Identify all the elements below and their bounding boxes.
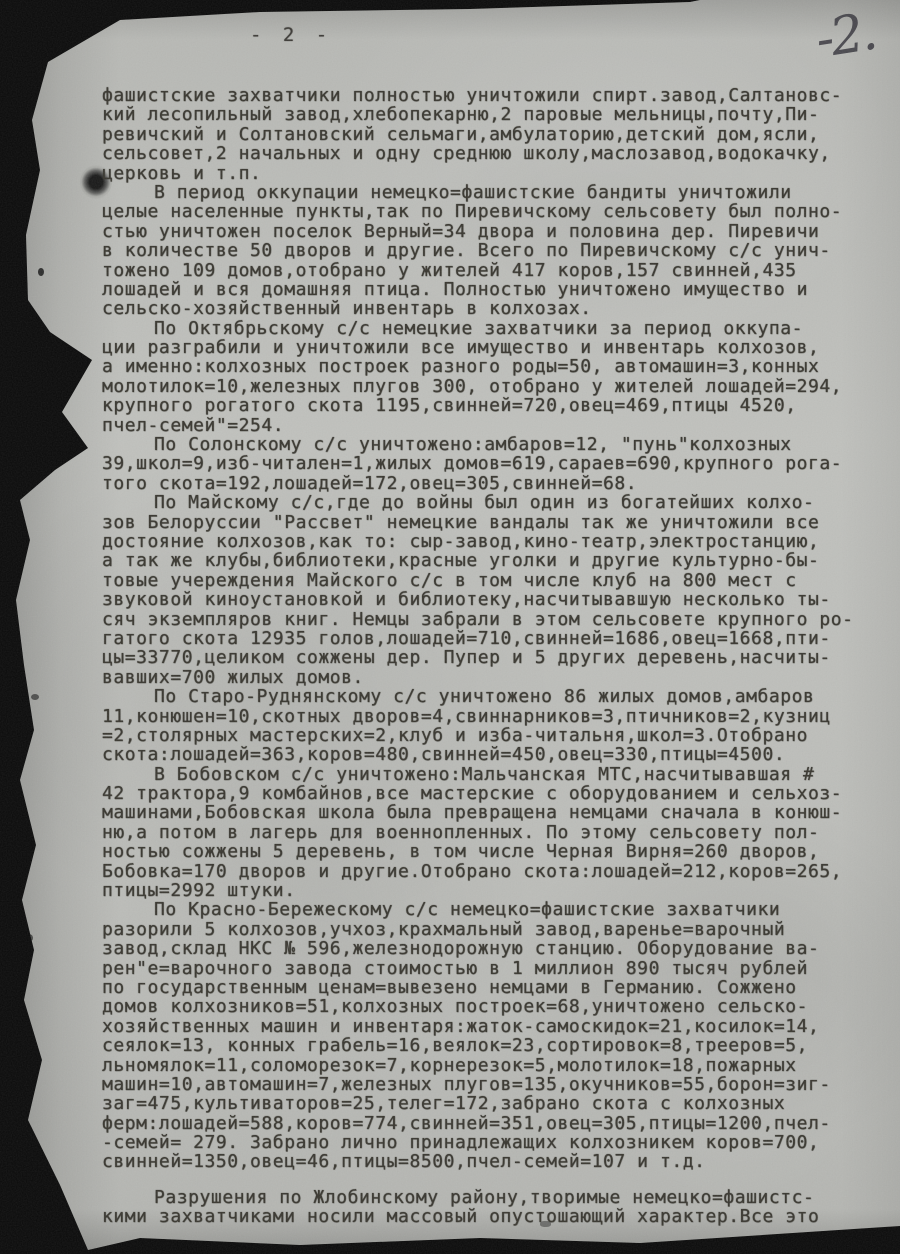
ink-speck [25, 934, 33, 942]
text-line: стью уничтожен поселок Верный=34 двора и… [102, 222, 870, 241]
scanned-document-photo: - 2 - -2. фашистские захватчики полность… [0, 0, 900, 1254]
text-line: Разрушения по Жлобинскому району,творимы… [102, 1188, 870, 1207]
text-line: 39,школ=9,изб-читален=1,жилых домов=619,… [102, 454, 870, 473]
text-line: ревичский и Солтановский сельмаги,амбула… [102, 125, 870, 144]
paragraph: По Майскому с/с,где до войны был один из… [102, 493, 870, 687]
text-line: по государственным ценам=вывезено немцам… [102, 978, 870, 997]
text-line: ностью сожжены 5 деревень, в том числе Ч… [102, 842, 870, 861]
text-line: -семей= 279. Забрано лично принадлежащих… [102, 1133, 870, 1152]
text-line: завод,склад НКС № 596,железнодорожную ст… [102, 939, 870, 958]
paragraph: В Бобовском с/с уничтожено:Мальчанская М… [102, 765, 870, 901]
text-line: ции разграбили и уничтожили все имуществ… [102, 338, 870, 357]
text-line: машин=10,автомашин=7,железных плугов=135… [102, 1075, 870, 1094]
text-line: птицы=2992 штуки. [102, 881, 870, 900]
text-line: фашистские захватчики полностью уничтожи… [102, 86, 870, 105]
handwritten-page-number: -2. [811, 2, 878, 70]
text-line: домов колхозников=51,колхозных построек=… [102, 997, 870, 1016]
text-line: хозяйственных машин и инвентаря:жаток-са… [102, 1017, 870, 1036]
text-line: того скота=192,лошадей=172,овец=305,свин… [102, 474, 870, 493]
text-line: разорили 5 колхозов,учхоз,крахмальный за… [102, 920, 870, 939]
paragraph: По Солонскому с/с уничтожено:амбаров=12,… [102, 435, 870, 493]
ink-speck [31, 694, 39, 700]
document-body-text: фашистские захватчики полностью уничтожи… [102, 86, 870, 1227]
paragraph: Разрушения по Жлобинскому району,творимы… [102, 1188, 870, 1227]
text-line: По Октябрьскому с/с немецкие захватчики … [102, 319, 870, 338]
text-line: молотилок=10,железных плугов 300, отобра… [102, 377, 870, 396]
text-line: сельско-хозяйственный инвентарь в колхоз… [102, 299, 870, 318]
paragraph: По Старо-Руднянскому с/с уничтожено 86 ж… [102, 687, 870, 765]
text-line: цы=33770,целиком сожжены дер. Пупер и 5 … [102, 648, 870, 667]
text-line: кий лесопильный завод,хлебопекарню,2 пар… [102, 105, 870, 124]
ink-speck [38, 268, 44, 276]
paper-sheet: - 2 - -2. фашистские захватчики полность… [0, 0, 900, 1254]
text-line: гатого скота 12935 голов,лошадей=710,сви… [102, 629, 870, 648]
text-line: ню,а потом в лагерь для военнопленных. П… [102, 823, 870, 842]
text-line: целые населенные пункты,так по Пиревичск… [102, 202, 870, 221]
paragraph: В период оккупации немецко=фашистские ба… [102, 183, 870, 319]
text-line: В Бобовском с/с уничтожено:Мальчанская М… [102, 765, 870, 784]
text-line: В период оккупации немецко=фашистские ба… [102, 183, 870, 202]
text-line: лошадей и вся домашняя птица. Полностью … [102, 280, 870, 299]
text-line: ферм:лошадей=588,коров=774,свинней=351,о… [102, 1114, 870, 1133]
paragraph: По Октябрьскому с/с немецкие захватчики … [102, 319, 870, 435]
ink-speck [23, 1042, 30, 1049]
text-line: звуковой киноустановкой и библиотеку,нас… [102, 590, 870, 609]
text-line: тожено 109 домов,отобрано у жителей 417 … [102, 261, 870, 280]
text-line: По Майскому с/с,где до войны был один из… [102, 493, 870, 512]
text-line: вавших=700 жилых домов. [102, 668, 870, 687]
text-line: в количестве 50 дворов и другие. Всего п… [102, 241, 870, 260]
text-line: льномялок=11,соломорезок=7,корнерезок=5,… [102, 1056, 870, 1075]
text-line: Бобовка=170 дворов и другие.Отобрано ско… [102, 862, 870, 881]
text-line: а именно:колхозных построек разного роды… [102, 357, 870, 376]
text-line: По Красно-Бережескому с/с немецко=фашист… [102, 900, 870, 919]
text-line: 11,конюшен=10,скотных дворов=4,свиннарни… [102, 707, 870, 726]
text-line: сеялок=13, конных грабель=16,веялок=23,с… [102, 1036, 870, 1055]
text-line: По Солонскому с/с уничтожено:амбаров=12,… [102, 435, 870, 454]
text-line: По Старо-Руднянскому с/с уничтожено 86 ж… [102, 687, 870, 706]
text-line: 42 трактора,9 комбайнов,все мастерские с… [102, 784, 870, 803]
text-line: сельсовет,2 начальных и одну среднюю шко… [102, 144, 870, 163]
text-line: а так же клубы,библиотеки,красные уголки… [102, 551, 870, 570]
text-line: =2,столярных мастерских=2,клуб и изба-чи… [102, 726, 870, 745]
text-line: машинами,Бобовская школа была превращена… [102, 803, 870, 822]
text-line: свинней=1350,овец=46,птицы=8500,пчел-сем… [102, 1152, 870, 1171]
typed-page-number: - 2 - [250, 24, 332, 46]
text-line: зов Белоруссии "Рассвет" немецкие вандал… [102, 513, 870, 532]
paragraph: фашистские захватчики полностью уничтожи… [102, 86, 870, 183]
text-line: достояние колхозов,как то: сыр-завод,кин… [102, 532, 870, 551]
text-line: крупного рогатого скота 1195,свинней=720… [102, 396, 870, 415]
paragraph: По Красно-Бережескому с/с немецко=фашист… [102, 900, 870, 1171]
text-line: товые учереждения Майского с/с в том чис… [102, 571, 870, 590]
text-line: заг=475,культиваторов=25,телег=172,забра… [102, 1094, 870, 1113]
text-line: рен"е=варочного завода стоимостью в 1 ми… [102, 959, 870, 978]
text-line: пчел-семей"=254. [102, 416, 870, 435]
text-line: кими захватчиками носили массовый опусто… [102, 1207, 870, 1226]
text-line: сяч экземпляров книг. Немцы забрали в эт… [102, 610, 870, 629]
text-line: церковь и т.п. [102, 164, 870, 183]
text-line: скота:лошадей=363,коров=480,свинней=450,… [102, 745, 870, 764]
